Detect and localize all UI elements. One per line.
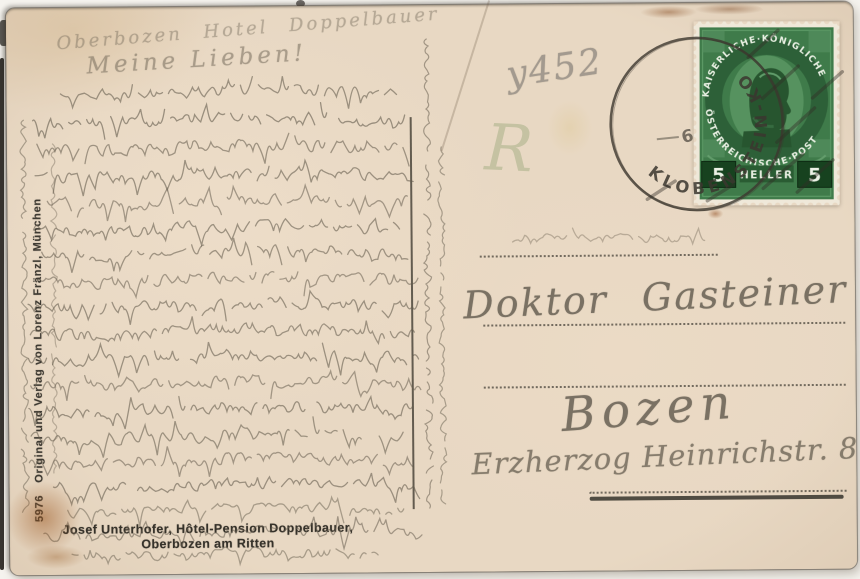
address-line-underline (590, 495, 844, 501)
publisher-number: 5976 (34, 495, 46, 522)
scanner-edge-left (0, 58, 4, 570)
postcard-back: 5976Original und Verlag von Lorenz Fränz… (6, 2, 857, 576)
stamp-value-left: 5 (712, 164, 725, 186)
address-dotted-line-1 (480, 254, 718, 258)
hotel-imprint: Josef Unterhofer, Hôtel-Pension Doppelba… (43, 520, 373, 553)
postage-stamp: KAISERLICHE·KÖNIGLICHE ÖSTERREICHISCHE·P… (694, 21, 840, 205)
publisher-name: Original und Verlag von Lorenz Fränzl, M… (31, 198, 45, 483)
hotel-imprint-line1: Josef Unterhofer, Hôtel-Pension Doppelba… (43, 520, 373, 538)
paper-crease (441, 0, 491, 151)
address-divider-line (410, 117, 415, 509)
pencil-code: y452 (504, 41, 606, 96)
yellow-stain (547, 100, 593, 156)
hotel-imprint-line2: Oberbozen am Ritten (43, 535, 373, 553)
rust-dot-below-stamp (707, 209, 723, 219)
publisher-credit-vertical: 5976Original und Verlag von Lorenz Fränz… (30, 92, 45, 522)
address-street: Erzherzog Heinrichstr. 8 (471, 431, 859, 482)
address-dotted-line-4 (590, 490, 847, 494)
green-crayon-r-mark: R (483, 111, 534, 187)
stamp-currency: HELLER (740, 169, 794, 181)
address-recipient: Doktor Gasteiner (462, 267, 848, 327)
stamp-value-right: 5 (808, 164, 821, 186)
